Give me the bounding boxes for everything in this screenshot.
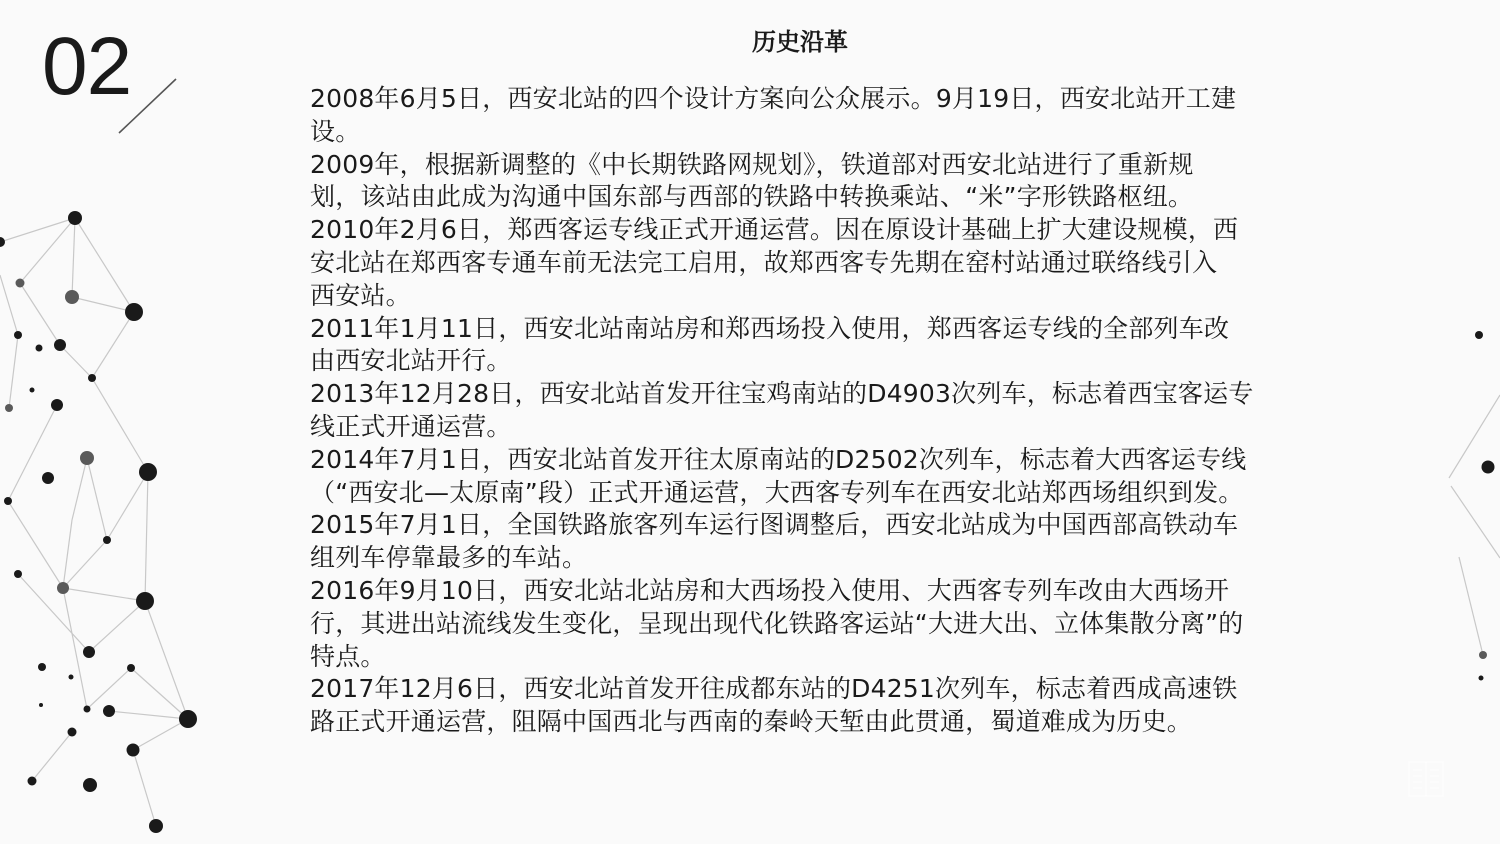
entry-line: 划，该站由此成为沟通中国东部与西部的铁路中转换乘站、“米”字形铁路枢纽。	[310, 181, 1370, 214]
entry-line: 2017年12月6日，西安北站首发开往成都东站的D4251次列车，标志着西成高速…	[310, 673, 1370, 706]
timeline-entry-2017: 2017年12月6日，西安北站首发开往成都东站的D4251次列车，标志着西成高速…	[310, 673, 1370, 739]
timeline-entry-2009: 2009年，根据新调整的《中长期铁路网规划》，铁道部对西安北站进行了重新规 划，…	[310, 149, 1370, 215]
entry-line: 2014年7月1日，西安北站首发开往太原南站的D2502次列车，标志着大西客运专…	[310, 444, 1370, 477]
slash-divider	[110, 78, 190, 138]
slide-title: 历史沿革	[700, 25, 900, 59]
timeline-entry-2011: 2011年1月11日，西安北站南站房和郑西场投入使用，郑西客运专线的全部列车改 …	[310, 313, 1370, 379]
entry-line: 2008年6月5日，西安北站的四个设计方案向公众展示。9月19日，西安北站开工建	[310, 83, 1370, 116]
entry-line: 组列车停靠最多的车站。	[310, 542, 1370, 575]
entry-line: 2010年2月6日，郑西客运专线正式开通运营。因在原设计基础上扩大建设规模，西	[310, 214, 1370, 247]
timeline-entry-2014: 2014年7月1日，西安北站首发开往太原南站的D2502次列车，标志着大西客运专…	[310, 444, 1370, 510]
book-icon	[1407, 760, 1445, 798]
slide: 02 历史沿革 2008年6月5日，西安北站的四个设计方案向公众展示。9月19日…	[0, 0, 1500, 844]
entry-line: 2016年9月10日，西安北站北站房和大西场投入使用、大西客专列车改由大西场开	[310, 575, 1370, 608]
timeline-entry-2016: 2016年9月10日，西安北站北站房和大西场投入使用、大西客专列车改由大西场开 …	[310, 575, 1370, 673]
entry-line: 2009年，根据新调整的《中长期铁路网规划》，铁道部对西安北站进行了重新规	[310, 149, 1370, 182]
entry-line: 2015年7月1日，全国铁路旅客列车运行图调整后，西安北站成为中国西部高铁动车	[310, 509, 1370, 542]
timeline-entry-2015: 2015年7月1日，全国铁路旅客列车运行图调整后，西安北站成为中国西部高铁动车 …	[310, 509, 1370, 575]
entry-line: 西安站。	[310, 280, 1370, 313]
entry-line: 路正式开通运营，阻隔中国西北与西南的秦岭天堑由此贯通，蜀道难成为历史。	[310, 706, 1370, 739]
entry-line: 设。	[310, 116, 1370, 149]
entry-line: 2011年1月11日，西安北站南站房和郑西场投入使用，郑西客运专线的全部列车改	[310, 313, 1370, 346]
history-timeline: 2008年6月5日，西安北站的四个设计方案向公众展示。9月19日，西安北站开工建…	[310, 83, 1370, 739]
entry-line: （“西安北—太原南”段）正式开通运营，大西客专列车在西安北站郑西场组织到发。	[310, 477, 1370, 510]
entry-line: 行，其进出站流线发生变化，呈现出现代化铁路客运站“大进大出、立体集散分离”的	[310, 608, 1370, 641]
timeline-entry-2013: 2013年12月28日，西安北站首发开往宝鸡南站的D4903次列车，标志着西宝客…	[310, 378, 1370, 444]
entry-line: 线正式开通运营。	[310, 411, 1370, 444]
timeline-entry-2008: 2008年6月5日，西安北站的四个设计方案向公众展示。9月19日，西安北站开工建…	[310, 83, 1370, 149]
entry-line: 特点。	[310, 641, 1370, 674]
entry-line: 安北站在郑西客专通车前无法完工启用，故郑西客专先期在窑村站通过联络线引入	[310, 247, 1370, 280]
timeline-entry-2010: 2010年2月6日，郑西客运专线正式开通运营。因在原设计基础上扩大建设规模，西 …	[310, 214, 1370, 312]
entry-line: 由西安北站开行。	[310, 345, 1370, 378]
entry-line: 2013年12月28日，西安北站首发开往宝鸡南站的D4903次列车，标志着西宝客…	[310, 378, 1370, 411]
